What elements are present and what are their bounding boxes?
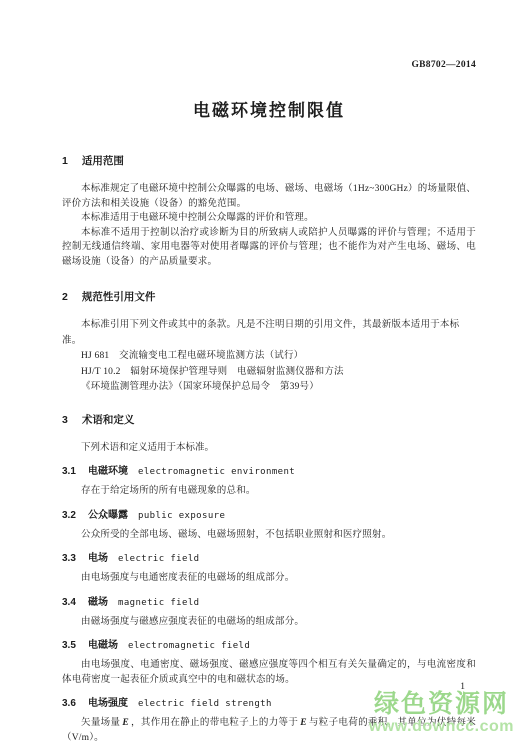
standard-number: GB8702—2014: [62, 60, 476, 70]
term-english: electromagnetic environment: [138, 467, 295, 477]
section-1-number: 1: [62, 155, 68, 167]
term-chinese: 电磁场: [88, 640, 118, 651]
term-3-4-definition: 由磁场强度与磁感应强度表征的电磁场的组成部分。: [62, 615, 476, 630]
term-number: 3.5: [62, 640, 78, 651]
term-3-3: 3.3电场electric field: [62, 549, 476, 564]
section-2-title: 规范性引用文件: [82, 291, 156, 303]
definition-text: 矢量场量: [81, 718, 120, 728]
term-number: 3.2: [62, 510, 78, 521]
symbol-E: E: [120, 718, 131, 728]
document-title: 电磁环境控制限值: [62, 96, 476, 121]
term-english: electric field: [118, 554, 199, 564]
reference-item: HJ 681 交流输变电工程电磁环境监测方法（试行）: [62, 349, 476, 365]
term-3-5-definition: 由电场强度、电通密度、磁场强度、磁感应强度等四个相互有关矢量确定的，与电流密度和…: [62, 658, 476, 687]
term-english: electric field strength: [138, 699, 272, 709]
term-3-2: 3.2公众曝露public exposure: [62, 506, 476, 521]
definition-text: ，其作用在静止的带电粒子上的力等于: [131, 718, 298, 728]
term-chinese: 磁场: [88, 597, 108, 608]
term-3-1-definition: 存在于给定场所的所有电磁现象的总和。: [62, 484, 476, 499]
term-3-3-definition: 由电场强度与电通密度表征的电磁场的组成部分。: [62, 571, 476, 586]
term-english: public exposure: [138, 511, 225, 521]
site-watermark: 绿色资源网 www.downcc.com: [369, 692, 514, 735]
section-3-heading: 3术语和定义: [62, 412, 476, 427]
section-1-title: 适用范围: [82, 155, 124, 167]
reference-item: 《环境监测管理办法》（国家环境保护总局令 第39号）: [62, 380, 476, 396]
term-3-4: 3.4磁场magnetic field: [62, 593, 476, 608]
term-3-2-definition: 公众所受的全部电场、磁场、电磁场照射，不包括职业照射和医疗照射。: [62, 528, 476, 543]
section-2-number: 2: [62, 291, 68, 303]
watermark-site-url: www.downcc.com: [369, 719, 514, 735]
section-1-paragraph: 本标准适用于电磁环境中控制公众曝露的评价和管理。: [62, 211, 476, 226]
term-3-5: 3.5电磁场electromagnetic field: [62, 636, 476, 651]
term-3-1: 3.1电磁环境electromagnetic environment: [62, 462, 476, 477]
term-chinese: 电场强度: [88, 698, 128, 709]
term-chinese: 公众曝露: [88, 510, 128, 521]
reference-item: HJ/T 10.2 辐射环境保护管理导则 电磁辐射监测仪器和方法: [62, 365, 476, 381]
section-1-paragraph: 本标准不适用于控制以治疗或诊断为目的所致病人或陪护人员曝露的评价与管理；不适用于…: [62, 226, 476, 270]
section-3-number: 3: [62, 414, 68, 426]
term-number: 3.6: [62, 698, 78, 709]
term-chinese: 电场: [88, 553, 108, 564]
term-number: 3.4: [62, 597, 78, 608]
terms-intro: 下列术语和定义适用于本标准。: [62, 441, 476, 456]
document-page: GB8702—2014 电磁环境控制限值 1适用范围 本标准规定了电磁环境中控制…: [0, 0, 521, 742]
term-english: electromagnetic field: [128, 641, 250, 651]
term-number: 3.1: [62, 466, 78, 477]
section-2-paragraph: 本标准引用下列文件或其中的条款。凡是不注明日期的引用文件，其最新版本适用于本标准…: [62, 318, 476, 349]
page-content: GB8702—2014 电磁环境控制限值 1适用范围 本标准规定了电磁环境中控制…: [0, 60, 521, 742]
term-english: magnetic field: [118, 598, 199, 608]
section-3-title: 术语和定义: [82, 414, 135, 426]
symbol-E: E: [298, 718, 309, 728]
term-number: 3.3: [62, 553, 78, 564]
watermark-site-name: 绿色资源网: [369, 692, 514, 717]
section-1-heading: 1适用范围: [62, 153, 476, 168]
section-1-paragraph: 本标准规定了电磁环境中控制公众曝露的电场、磁场、电磁场（1Hz~300GHz）的…: [62, 182, 476, 211]
term-chinese: 电磁环境: [88, 466, 128, 477]
section-2-heading: 2规范性引用文件: [62, 289, 476, 304]
